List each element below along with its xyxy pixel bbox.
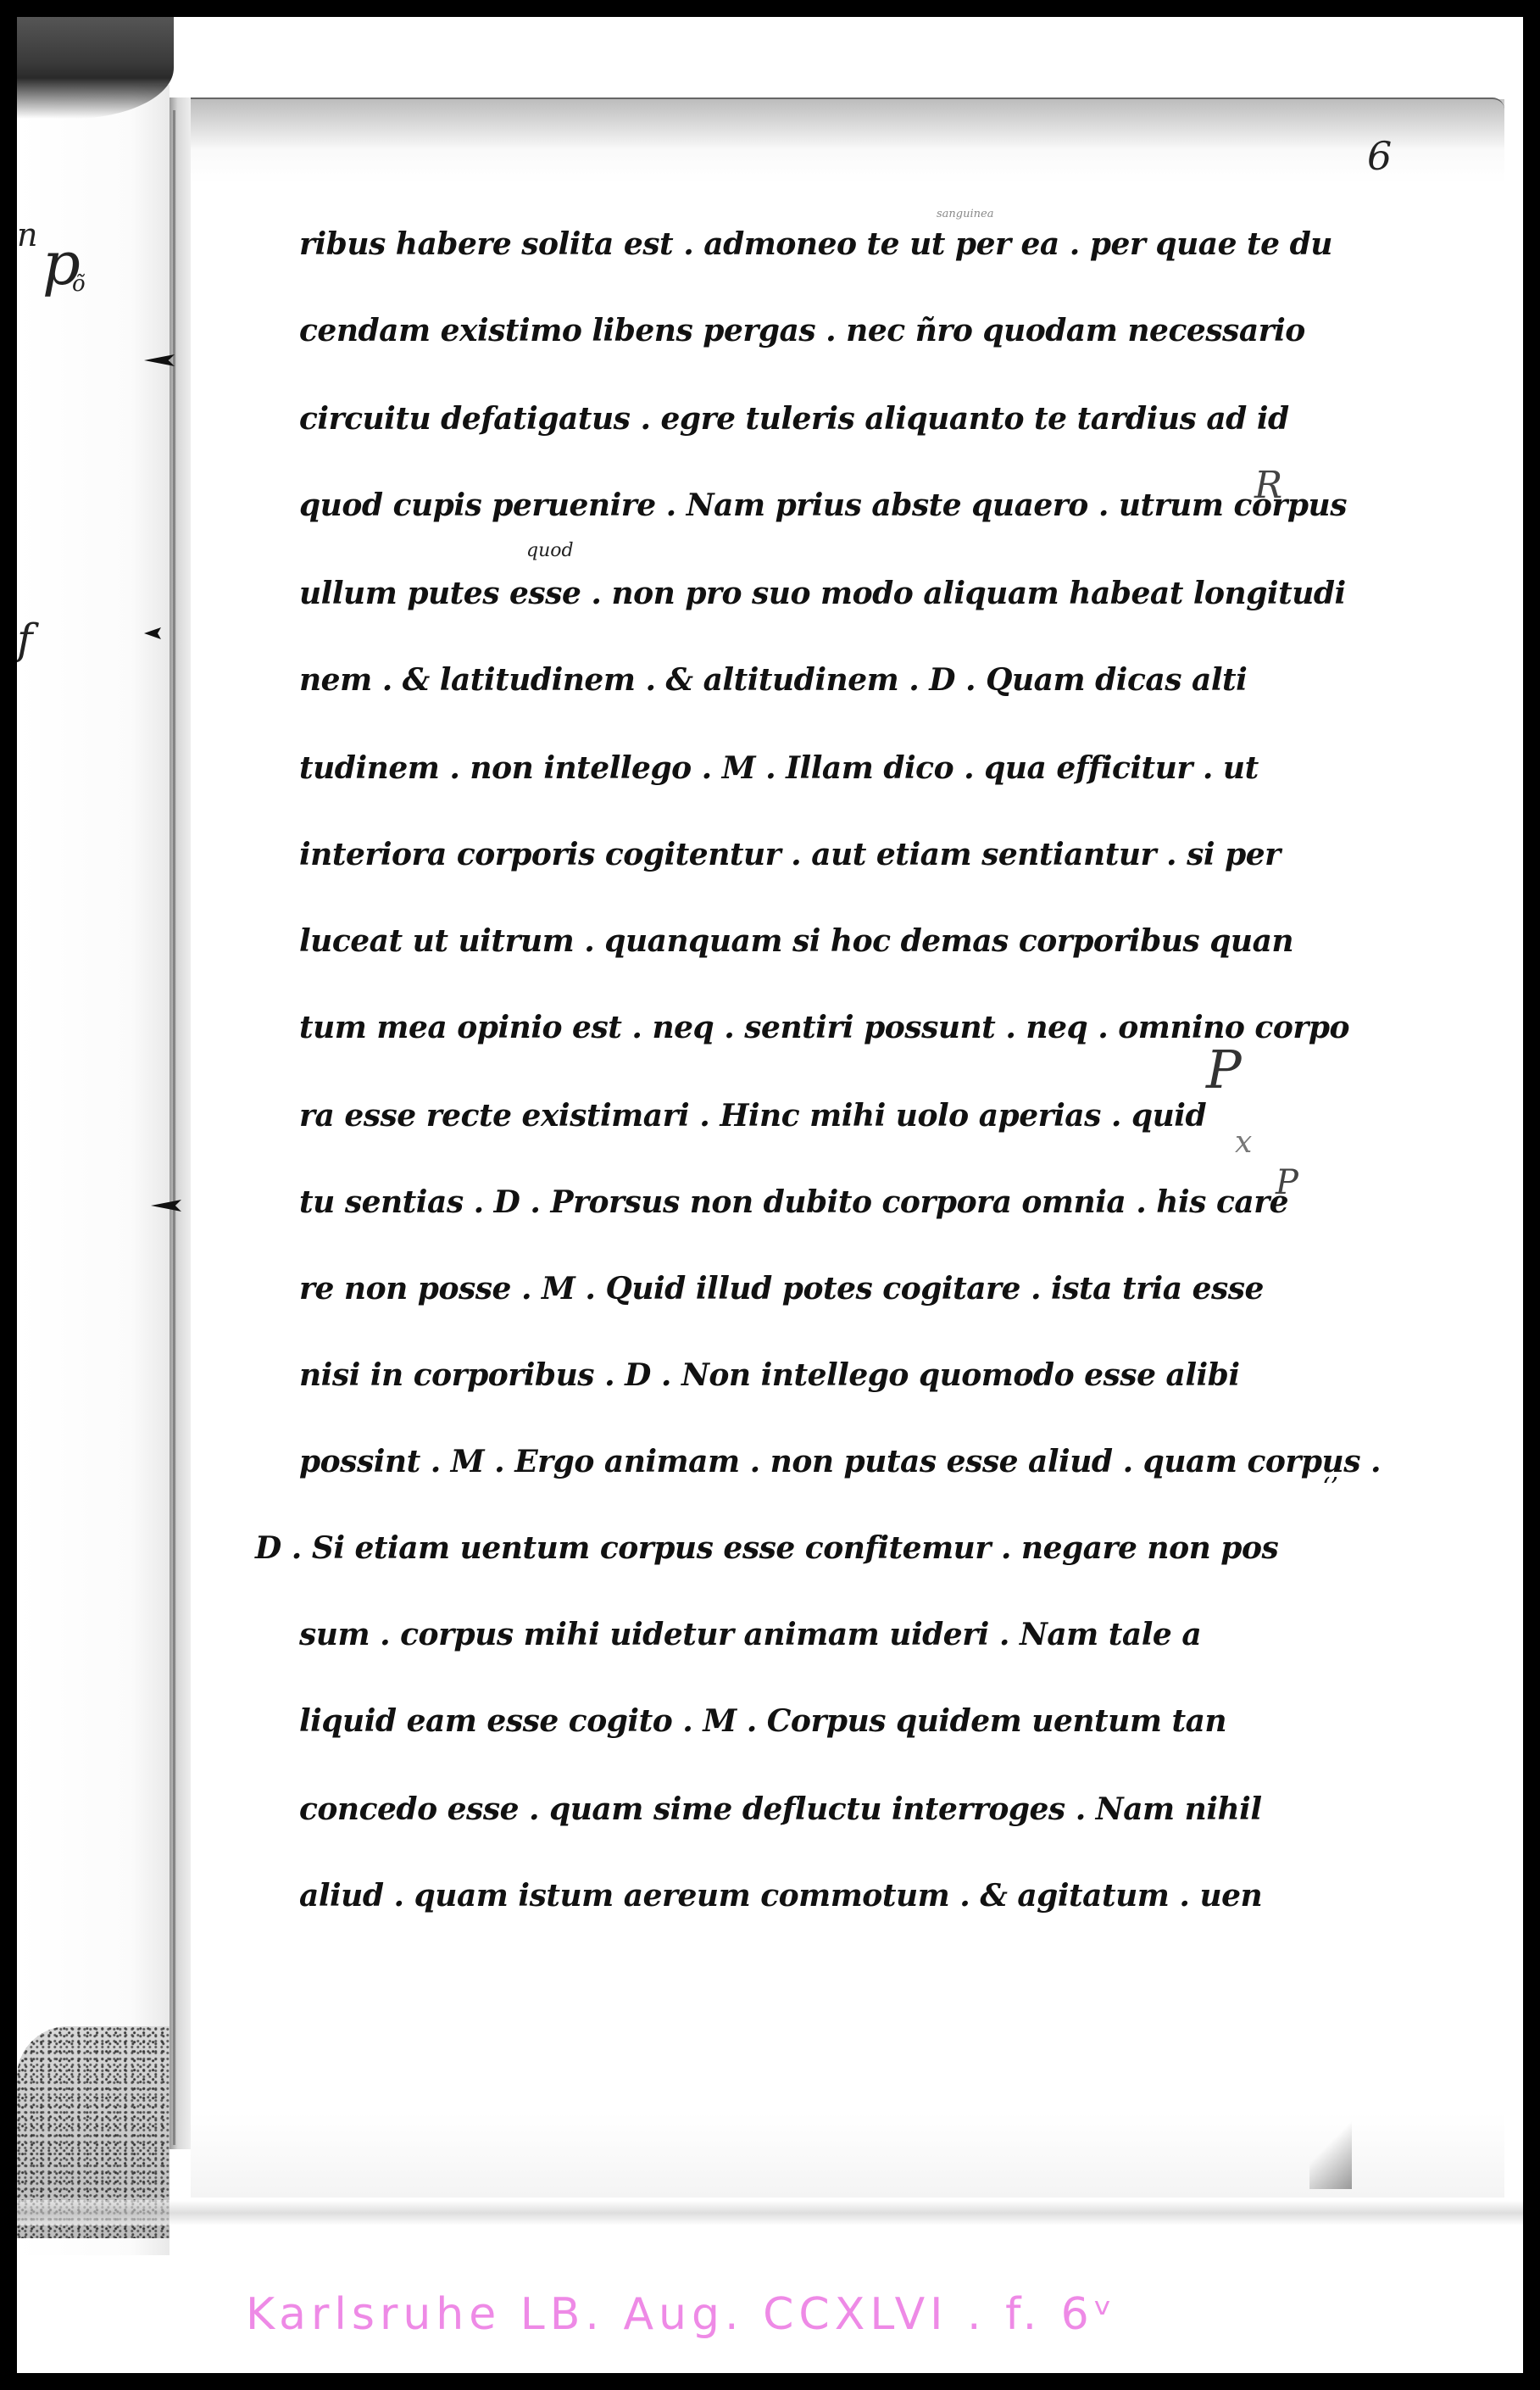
- left-page-letter: n: [17, 216, 37, 253]
- shelfmark-annotation: Karlsruhe LB. Aug. CCXLVI . f. 6ᵛ: [246, 2289, 1117, 2340]
- text-line: liquid eam esse cogito . M . Corpus quid…: [299, 1703, 1226, 1739]
- text-line: quod cupis peruenire . Nam prius abste q…: [299, 487, 1347, 523]
- text-line: sum . corpus mihi uidetur animam uideri …: [299, 1617, 1201, 1652]
- marginal-note: x: [1235, 1125, 1252, 1160]
- text-line: tum mea opinio est . neq . sentiri possu…: [299, 1010, 1349, 1045]
- text-line: ullum putes esse . non pro suo modo aliq…: [299, 576, 1346, 611]
- left-page-letter: f: [17, 615, 33, 664]
- text-line: nem . & latitudinem . & altitudinem . D …: [299, 662, 1247, 698]
- left-page-letter: õ: [72, 271, 86, 297]
- text-line: possint . M . Ergo animam . non putas es…: [299, 1444, 1381, 1479]
- marginal-note: P: [1206, 1039, 1242, 1100]
- recto-page: 6 sanguinea ribus habere solita est . ad…: [191, 97, 1504, 2198]
- gutter-fold-line: [173, 110, 175, 2145]
- marginal-note: ‘’: [1322, 1473, 1338, 1502]
- bottom-page-edge: [17, 2200, 1523, 2226]
- text-line: aliud . quam istum aereum commotum . & a…: [299, 1878, 1262, 1914]
- text-line: D . Si etiam uentum corpus esse confitem…: [255, 1530, 1278, 1566]
- scan-frame: n p õ f 6 sanguinea ribus habere solita…: [17, 17, 1523, 2373]
- interlinear-gloss: quod: [526, 540, 574, 561]
- text-line: concedo esse . quam sime defluctu interr…: [299, 1791, 1262, 1827]
- text-line: ra esse recte existimari . Hinc mihi uol…: [299, 1098, 1206, 1134]
- text-line: interiora corporis cogitentur . aut etia…: [299, 837, 1281, 872]
- left-page-fragment: [17, 85, 170, 2255]
- text-line: re non posse . M . Quid illud potes cogi…: [299, 1271, 1264, 1306]
- marginal-note: R: [1254, 464, 1282, 507]
- text-line: circuitu defatigatus . egre tuleris aliq…: [299, 401, 1289, 437]
- text-line: tudinem . non intellego . M . Illam dico…: [299, 750, 1259, 786]
- text-line: luceat ut uitrum . quanquam si hoc demas…: [299, 923, 1293, 959]
- top-margin-gloss: sanguinea: [937, 208, 993, 220]
- page-corner-shadow: [1309, 2117, 1352, 2189]
- marginal-note: P: [1276, 1163, 1298, 1202]
- text-line: ribus habere solita est . admoneo te ut …: [299, 226, 1332, 262]
- text-line: nisi in corporibus . D . Non intellego q…: [299, 1357, 1240, 1393]
- text-line: tu sentias . D . Prorsus non dubito corp…: [299, 1184, 1288, 1220]
- folio-number: 6: [1367, 133, 1392, 179]
- text-line: cendam existimo libens pergas . nec ñro…: [299, 313, 1305, 348]
- page-top-shadow: [191, 99, 1504, 150]
